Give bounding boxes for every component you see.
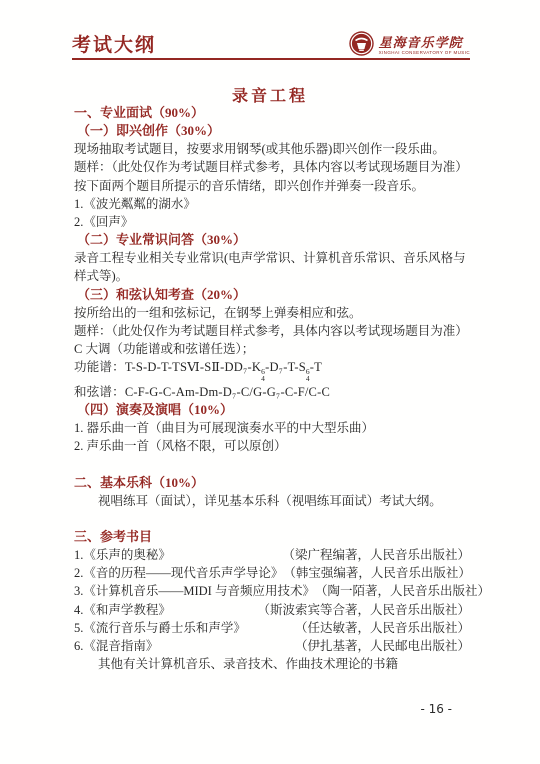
school-name-english: XINGHAI CONSERVATORY OF MUSIC	[379, 51, 470, 56]
references-footnote: 其他有关计算机音乐、录音技术、作曲技术理论的书籍	[74, 655, 470, 673]
paragraph: 视唱练耳（面试），详见基本乐科（视唱练耳面试）考试大纲。	[74, 492, 470, 510]
functional-sequence: T-S-D-T-TSⅥ-SⅡ-DD₇-K64-D₇-T-S64-T	[125, 360, 322, 374]
chord-label: 和弦谱：	[74, 385, 125, 399]
book-publisher: （陶一陌著，人民音乐出版社）	[315, 582, 490, 600]
section1-sub2-heading: （二）专业常识问答（30%）	[74, 231, 470, 249]
section1-heading: 一、专业面试（90%）	[74, 104, 470, 122]
functional-notation-line: 功能谱：T-S-D-T-TSⅥ-SⅡ-DD₇-K64-D₇-T-S64-T	[74, 358, 470, 383]
list-item: 1. 器乐曲一首（曲目为可展现演奏水平的中大型乐曲）	[74, 419, 470, 437]
list-item: 1.《波光粼粼的湖水》	[74, 195, 470, 213]
list-item: 2. 声乐曲一首（风格不限，可以原创）	[74, 437, 470, 455]
book-list-item: 3.《计算机音乐——MIDI 与音频应用技术》 （陶一陌著，人民音乐出版社）	[74, 582, 470, 600]
book-list-item: 2.《音的历程——现代音乐声学导论》 （韩宝强编著，人民音乐出版社）	[74, 564, 470, 582]
header-title: 考试大纲	[72, 30, 156, 57]
book-title: 2.《音的历程——现代音乐声学导论》	[74, 564, 283, 582]
section1-sub1-heading: （一）即兴创作（30%）	[74, 122, 470, 140]
list-item: 2.《回声》	[74, 213, 470, 231]
functional-label: 功能谱：	[74, 360, 125, 374]
book-title: 4.《和声学教程》	[74, 601, 171, 619]
book-title: 3.《计算机音乐——MIDI 与音频应用技术》	[74, 582, 315, 600]
blank-line	[74, 455, 470, 473]
book-publisher: （梁广程编著，人民音乐出版社）	[282, 546, 470, 564]
paragraph: 题样：（此处仅作为考试题目样式参考，具体内容以考试现场题目为准）	[74, 322, 470, 340]
book-publisher: （韩宝强编著，人民音乐出版社）	[283, 564, 471, 582]
paragraph: 录音工程专业相关专业常识(电声学常识、计算机音乐常识、音乐风格与样式等)。	[74, 249, 470, 285]
book-publisher: （任达敏著，人民音乐出版社）	[295, 619, 470, 637]
blank-line	[74, 510, 470, 528]
paragraph: 题样：（此处仅作为考试题目样式参考，具体内容以考试现场题目为准）	[74, 158, 470, 176]
book-list-item: 5.《流行音乐与爵士乐和声学》 （任达敏著，人民音乐出版社）	[74, 619, 470, 637]
section1-sub4-heading: （四）演奏及演唱（10%）	[74, 401, 470, 419]
book-title: 1.《乐声的奥秘》	[74, 546, 171, 564]
book-title: 6.《混音指南》	[74, 637, 158, 655]
section2-heading: 二、基本乐科（10%）	[74, 474, 470, 492]
document-body: 一、专业面试（90%） （一）即兴创作（30%） 现场抽取考试题目，按要求用钢琴…	[74, 104, 470, 673]
paragraph: 按下面两个题目所提示的音乐情绪，即兴创作并弹奏一段音乐。	[74, 177, 470, 195]
page-title: 录音工程	[0, 83, 540, 106]
paragraph: 按所给出的一组和弦标记，在钢琴上弹奏相应和弦。	[74, 304, 470, 322]
book-publisher: （伊扎基著，人民邮电出版社）	[295, 637, 470, 655]
page-number: - 16 -	[420, 702, 452, 716]
section3-heading: 三、参考书目	[74, 528, 470, 546]
school-name-chinese: 星海音乐学院	[379, 36, 470, 49]
book-list-item: 1.《乐声的奥秘》 （梁广程编著，人民音乐出版社）	[74, 546, 470, 564]
paragraph: C 大调（功能谱或和弦谱任选）；	[74, 340, 470, 358]
book-publisher: （斯波索宾等合著，人民音乐出版社）	[257, 601, 470, 619]
paragraph: 现场抽取考试题目，按要求用钢琴(或其他乐器)即兴创作一段乐曲。	[74, 140, 470, 158]
header-divider	[72, 58, 470, 60]
document-page: 考试大纲 星海音乐学院 XINGHAI CONSERVATORY OF MUSI…	[0, 0, 540, 764]
chord-notation-line: 和弦谱：C-F-G-C-Am-Dm-D₇-C/G-G₇-C-F/C-C	[74, 383, 470, 401]
book-list-item: 4.《和声学教程》 （斯波索宾等合著，人民音乐出版社）	[74, 601, 470, 619]
section1-sub3-heading: （三）和弦认知考查（20%）	[74, 286, 470, 304]
school-name: 星海音乐学院 XINGHAI CONSERVATORY OF MUSIC	[379, 36, 470, 56]
book-title: 5.《流行音乐与爵士乐和声学》	[74, 619, 246, 637]
book-list-item: 6.《混音指南》 （伊扎基著，人民邮电出版社）	[74, 637, 470, 655]
chord-sequence: C-F-G-C-Am-Dm-D₇-C/G-G₇-C-F/C-C	[125, 385, 330, 399]
